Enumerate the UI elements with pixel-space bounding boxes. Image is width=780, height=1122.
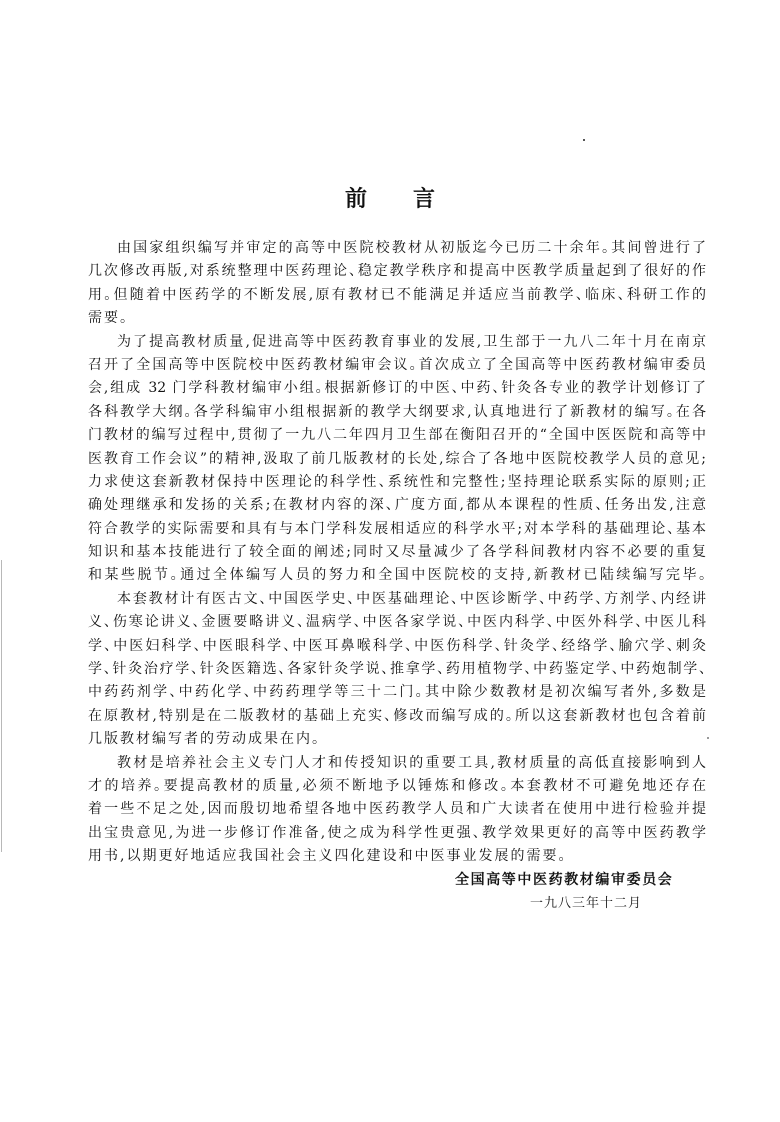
paragraph-4: 教材是培养社会主义专门人才和传授知识的重要工具,教材质量的高低直接影响到人 才的… — [88, 752, 706, 869]
text-line: 确处理继承和发扬的关系;在教材内容的深、广度方面,都从本课程的性质、任务出发,注… — [88, 494, 706, 517]
text-line: 几次修改再版,对系统整理中医药理论、稳定教学秩序和提高中医教学质量起到了很好的作 — [88, 260, 706, 283]
text-line: 符合教学的实际需要和具有与本门学科发展相适应的科学水平;对本学科的基础理论、基本 — [88, 518, 706, 541]
text-line: 力求使这套新教材保持中医理论的科学性、系统性和完整性;坚持理论联系实际的原则;正 — [88, 471, 706, 494]
text-line: 才的培养。要提高教材的质量,必须不断地予以锤炼和修改。本套教材不可避免地还存在 — [88, 775, 706, 798]
text-line: 知识和基本技能进行了较全面的阐述;同时又尽量减少了各学科间教材内容不必要的重复 — [88, 541, 706, 564]
scan-artifact-dot — [583, 139, 585, 141]
signature-organization: 全国高等中医药教材编审委员会 — [455, 869, 673, 892]
text-line: 门教材的编写过程中,贯彻了一九八二年四月卫生部在衡阳召开的“全国中医医院和高等中 — [88, 424, 706, 447]
text-line: 几版教材编写者的劳动成果在内。 — [88, 728, 706, 751]
preface-body: 由国家组织编写并审定的高等中医院校教材从初版迄今已历二十余年。其间曾进行了 几次… — [88, 237, 706, 869]
scan-artifact-dot — [707, 737, 709, 739]
title-char-2: 言 — [412, 186, 436, 214]
text-line: 由国家组织编写并审定的高等中医院校教材从初版迄今已历二十余年。其间曾进行了 — [88, 237, 706, 260]
text-line: 会,组成 32 门学科教材编审小组。根据新修订的中医、中药、针灸各专业的教学计划… — [88, 377, 706, 400]
text-line: 教材是培养社会主义专门人才和传授知识的重要工具,教材质量的高低直接影响到人 — [88, 752, 706, 775]
document-page: 前言 由国家组织编写并审定的高等中医院校教材从初版迄今已历二十余年。其间曾进行了… — [0, 0, 780, 1122]
text-line: 出宝贵意见,为进一步修订作准备,使之成为科学性更强、教学效果更好的高等中医药教学 — [88, 822, 706, 845]
paragraph-2: 为了提高教材质量,促进高等中医药教育事业的发展,卫生部于一九八二年十月在南京 召… — [88, 331, 706, 588]
scan-artifact-edge-line — [1, 560, 2, 852]
text-line: 召开了全国高等中医院校中医药教材编审会议。首次成立了全国高等中医药教材编审委员 — [88, 354, 706, 377]
text-line: 和某些脱节。通过全体编写人员的努力和全国中医院校的支持,新教材已陆续编写完毕。 — [88, 564, 706, 587]
text-line: 需要。 — [88, 307, 706, 330]
page-title: 前言 — [0, 186, 780, 214]
paragraph-3: 本套教材计有医古文、中国医学史、中医基础理论、中医诊断学、中药学、方剂学、内经讲… — [88, 588, 706, 752]
text-line: 义、伤寒论讲义、金匮要略讲义、温病学、中医各家学说、中医内科学、中医外科学、中医… — [88, 611, 706, 634]
text-line: 着一些不足之处,因而殷切地希望各地中医药教学人员和广大读者在使用中进行检验并提 — [88, 798, 706, 821]
text-line: 用书,以期更好地适应我国社会主义四化建设和中医事业发展的需要。 — [88, 845, 706, 868]
paragraph-1: 由国家组织编写并审定的高等中医院校教材从初版迄今已历二十余年。其间曾进行了 几次… — [88, 237, 706, 331]
signature-date: 一九八三年十二月 — [530, 892, 642, 915]
text-line: 用。但随着中医药学的不断发展,原有教材已不能满足并适应当前教学、临床、科研工作的 — [88, 284, 706, 307]
text-line: 医教育工作会议”的精神,汲取了前几版教材的长处,综合了各地中医院校教学人员的意见… — [88, 448, 706, 471]
text-line: 在原教材,特别是在二版教材的基础上充实、修改而编写成的。所以这套新教材也包含着前 — [88, 705, 706, 728]
text-line: 学、针灸治疗学、针灸医籍选、各家针灸学说、推拿学、药用植物学、中药鉴定学、中药炮… — [88, 658, 706, 681]
text-line: 本套教材计有医古文、中国医学史、中医基础理论、中医诊断学、中药学、方剂学、内经讲 — [88, 588, 706, 611]
text-line: 中药药剂学、中药化学、中药药理学等三十二门。其中除少数教材是初次编写者外,多数是 — [88, 681, 706, 704]
text-line: 学、中医妇科学、中医眼科学、中医耳鼻喉科学、中医伤科学、针灸学、经络学、腧穴学、… — [88, 635, 706, 658]
text-line: 各科教学大纲。各学科编审小组根据新的教学大纲要求,认真地进行了新教材的编写。在各 — [88, 401, 706, 424]
title-char-1: 前 — [344, 186, 368, 214]
text-line: 为了提高教材质量,促进高等中医药教育事业的发展,卫生部于一九八二年十月在南京 — [88, 331, 706, 354]
